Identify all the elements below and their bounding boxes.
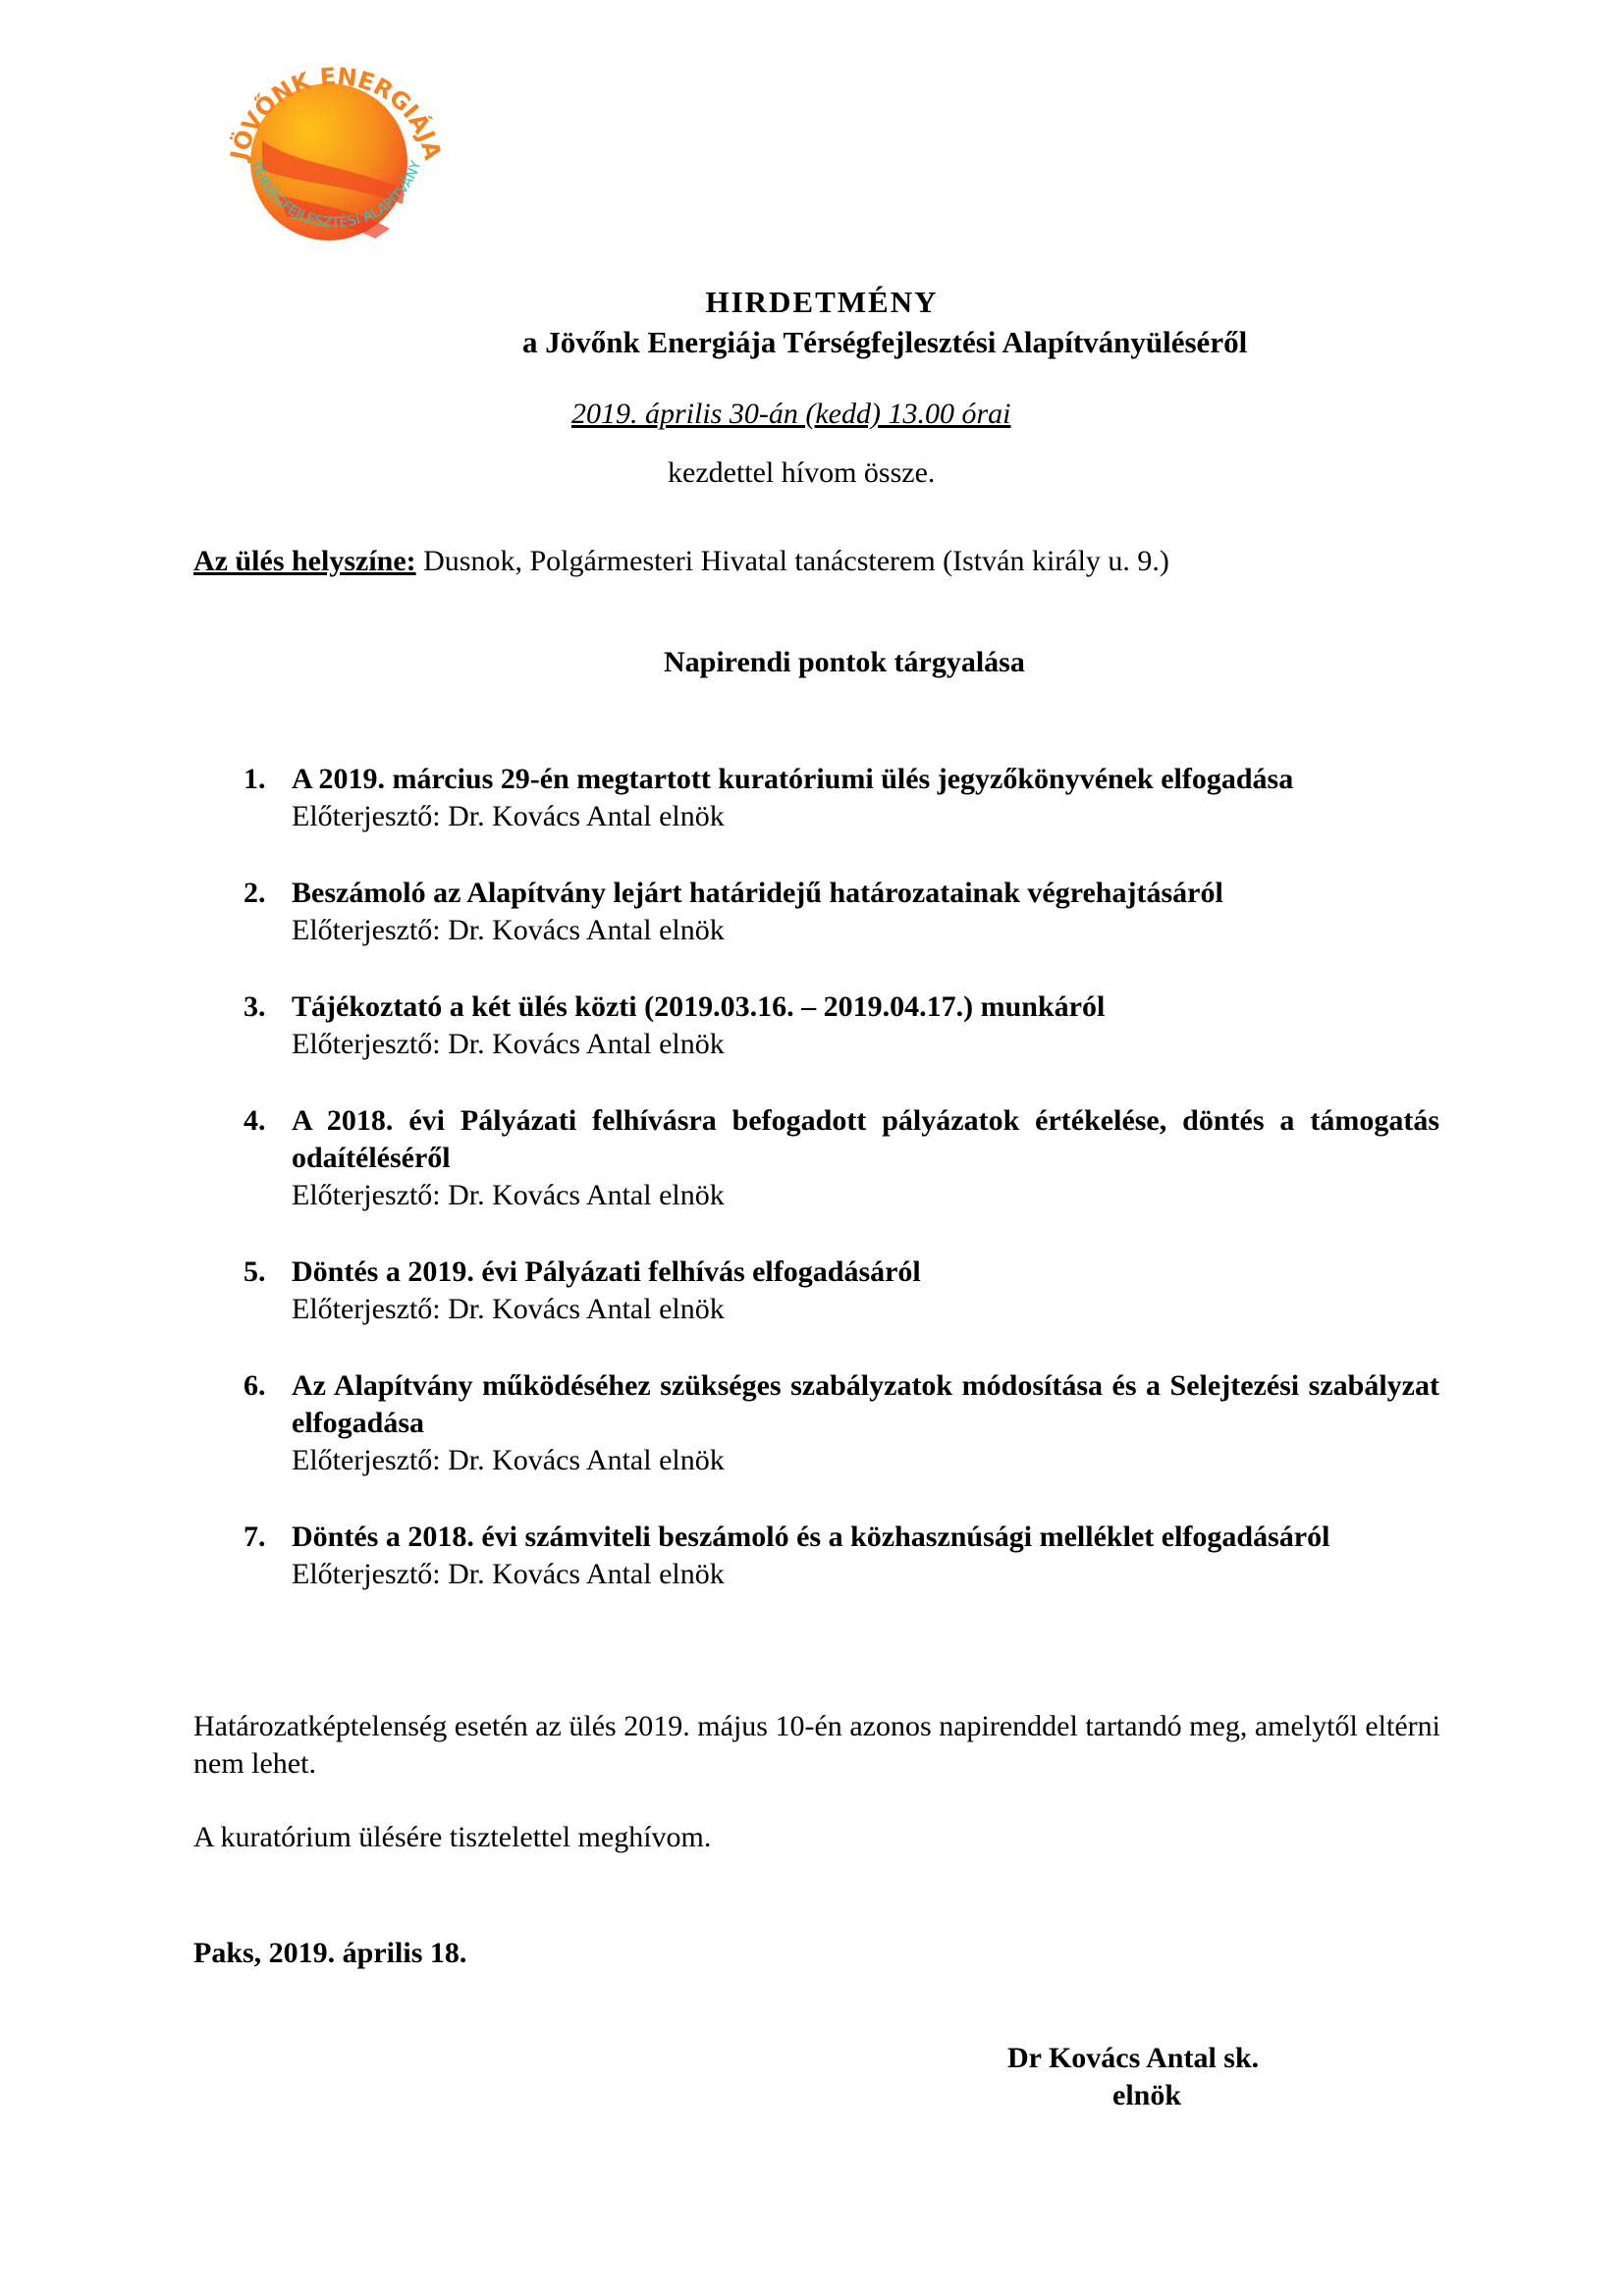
place-and-date: Paks, 2019. április 18.: [193, 1937, 466, 1970]
agenda-heading: Napirendi pontok tárgyalása: [664, 646, 1025, 679]
agenda-item: 3.Tájékoztató a két ülés közti (2019.03.…: [244, 988, 1439, 1063]
agenda-item-number: 3.: [244, 988, 266, 1026]
agenda-item-title: Döntés a 2019. évi Pályázati felhívás el…: [292, 1254, 1439, 1291]
agenda-item: 5.Döntés a 2019. évi Pályázati felhívás …: [244, 1254, 1439, 1328]
signer-role: elnök: [1112, 2079, 1181, 2112]
agenda-item-number: 2.: [244, 875, 266, 912]
agenda-item-presenter: Előterjesztő: Dr. Kovács Antal elnök: [292, 1556, 1439, 1593]
agenda-item: 7.Döntés a 2018. évi számviteli beszámol…: [244, 1519, 1439, 1593]
agenda-item-presenter: Előterjesztő: Dr. Kovács Antal elnök: [292, 912, 1439, 949]
quorum-note: Határozatképtelenség esetén az ülés 2019…: [193, 1708, 1440, 1783]
agenda-item-title: A 2018. évi Pályázati felhívásra befogad…: [292, 1102, 1439, 1177]
agenda-item: 6.Az Alapítvány működéséhez szükséges sz…: [244, 1367, 1439, 1479]
agenda-list: 1.A 2019. március 29-én megtartott kurat…: [244, 761, 1439, 1632]
agenda-item-number: 5.: [244, 1254, 266, 1291]
document-subtitle: a Jövőnk Energiája Térségfejlesztési Ala…: [522, 325, 1247, 360]
agenda-item-presenter: Előterjesztő: Dr. Kovács Antal elnök: [292, 1442, 1439, 1479]
agenda-item: 1.A 2019. március 29-én megtartott kurat…: [244, 761, 1439, 835]
agenda-item-title: Döntés a 2018. évi számviteli beszámoló …: [292, 1519, 1439, 1556]
location-label: Az ülés helyszíne:: [193, 545, 416, 577]
agenda-item-presenter: Előterjesztő: Dr. Kovács Antal elnök: [292, 1026, 1439, 1063]
agenda-item-presenter: Előterjesztő: Dr. Kovács Antal elnök: [292, 798, 1439, 835]
agenda-item-title: Tájékoztató a két ülés közti (2019.03.16…: [292, 988, 1439, 1026]
agenda-item-number: 4.: [244, 1102, 266, 1140]
agenda-item-title: A 2019. március 29-én megtartott kuratór…: [292, 761, 1439, 798]
meeting-location: Az ülés helyszíne: Dusnok, Polgármesteri…: [193, 545, 1169, 578]
agenda-item-presenter: Előterjesztő: Dr. Kovács Antal elnök: [292, 1291, 1439, 1328]
convene-text: kezdettel hívom össze.: [668, 456, 935, 490]
agenda-item: 2.Beszámoló az Alapítvány lejárt határid…: [244, 875, 1439, 949]
location-value: Dusnok, Polgármesteri Hivatal tanácstere…: [416, 545, 1169, 577]
agenda-item: 4.A 2018. évi Pályázati felhívásra befog…: [244, 1102, 1439, 1214]
agenda-item-number: 7.: [244, 1519, 266, 1556]
meeting-date: 2019. április 30-án (kedd) 13.00 órai: [571, 398, 1010, 431]
sun-logo-icon: JÖVŐNK ENERGIÁJA TÉRSÉGFEJLESZTÉSI ALAPÍ…: [218, 47, 454, 283]
agenda-item-number: 6.: [244, 1367, 266, 1405]
agenda-item-title: Az Alapítvány működéséhez szükséges szab…: [292, 1367, 1439, 1442]
invitation-text: A kuratórium ülésére tisztelettel meghív…: [193, 1821, 711, 1854]
signer-name: Dr Kovács Antal sk.: [1007, 2042, 1259, 2075]
agenda-item-title: Beszámoló az Alapítvány lejárt határidej…: [292, 875, 1439, 912]
document-title: HIRDETMÉNY: [0, 285, 1624, 320]
agenda-item-presenter: Előterjesztő: Dr. Kovács Antal elnök: [292, 1177, 1439, 1214]
foundation-logo: JÖVŐNK ENERGIÁJA TÉRSÉGFEJLESZTÉSI ALAPÍ…: [218, 47, 454, 283]
agenda-item-number: 1.: [244, 761, 266, 798]
